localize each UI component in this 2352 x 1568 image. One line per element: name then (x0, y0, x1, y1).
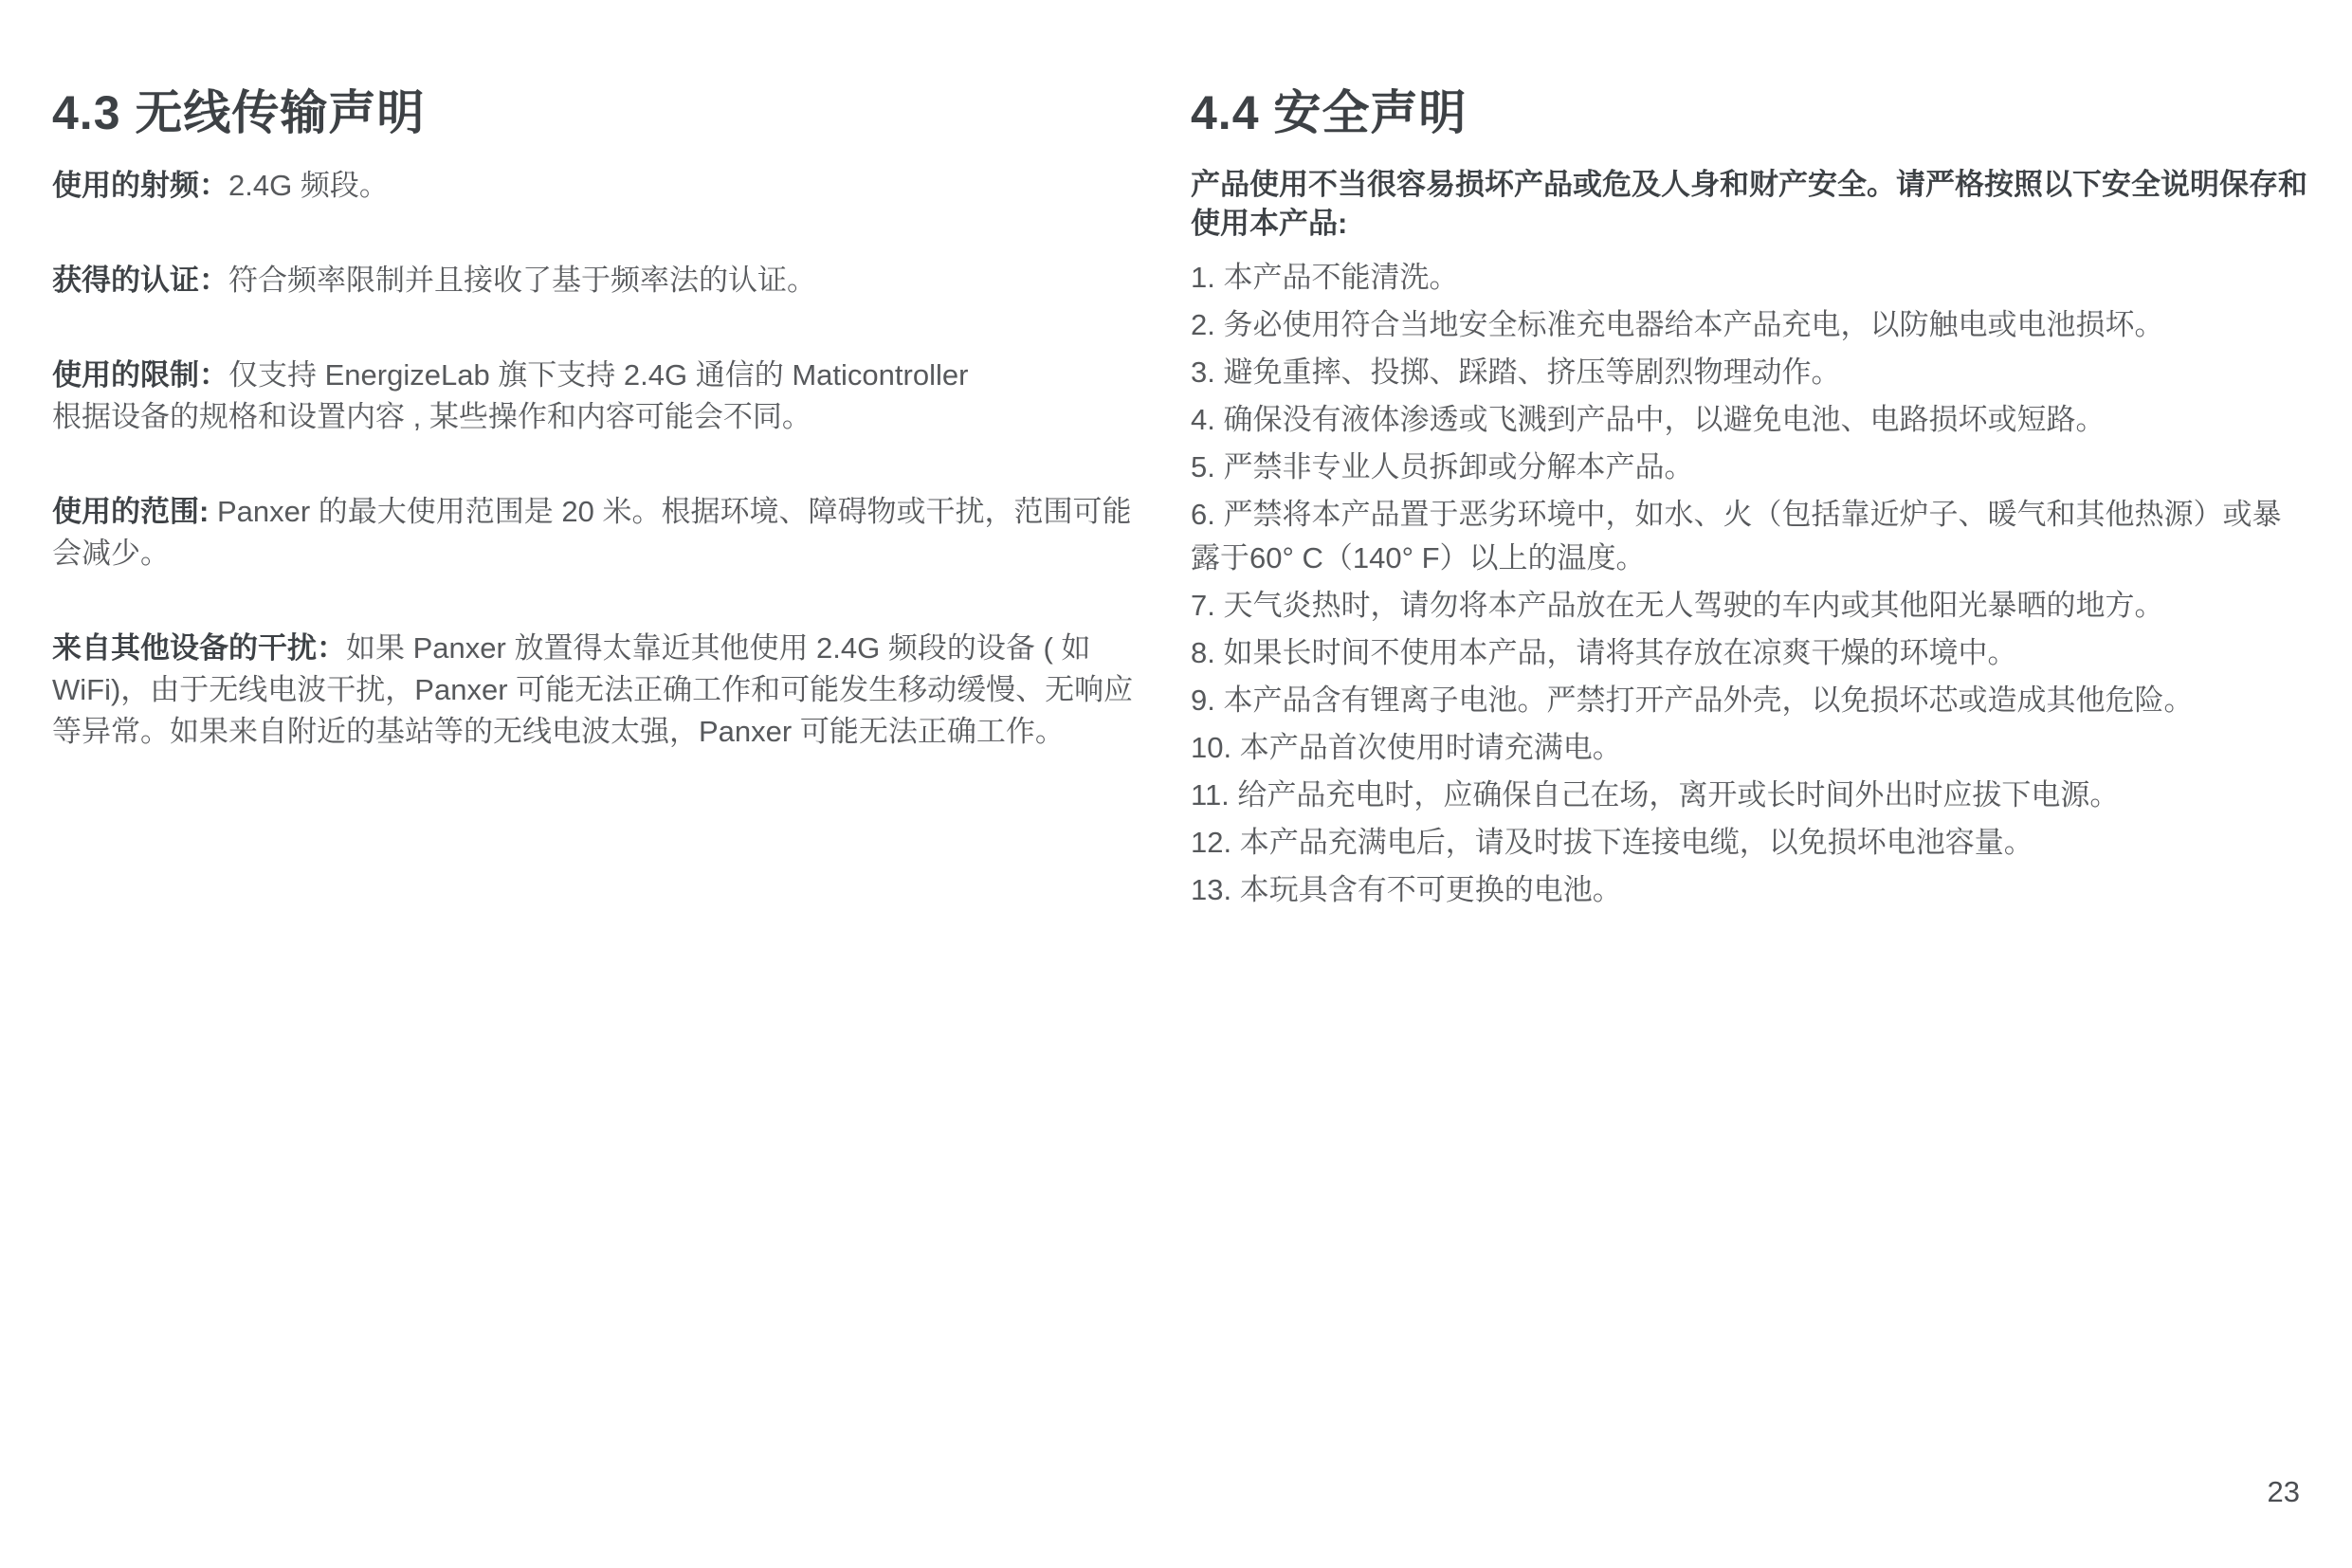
page-number: 23 (2268, 1475, 2300, 1509)
paragraph-text-certification: 符合频率限制并且接收了基于频率法的认证。 (228, 264, 816, 297)
paragraph-label-interference: 来自其他设备的干扰： (52, 631, 346, 665)
safety-item-6: 6. 严禁将本产品置于恶劣环境中，如水、火（包括靠近炉子、暖气和其他热源）或暴露… (1191, 493, 2309, 580)
safety-item-4: 4. 确保没有液体渗透或飞溅到产品中，以避免电池、电路损坏或短路。 (1191, 398, 2309, 442)
safety-item-12: 12. 本产品充满电后，请及时拔下连接电缆，以免损坏电池容量。 (1191, 821, 2309, 865)
manual-page: 4.3 无线传输声明 使用的射频：2.4G 频段。 获得的认证：符合频率限制并且… (0, 0, 2352, 1568)
section-wireless-statement: 4.3 无线传输声明 使用的射频：2.4G 频段。 获得的认证：符合频率限制并且… (52, 83, 1142, 806)
safety-item-5: 5. 严禁非专业人员拆卸或分解本产品。 (1191, 446, 2309, 489)
paragraph-usage-range: 使用的范围: Panxer 的最大使用范围是 20 米。根据环境、障碍物或干扰，… (52, 491, 1142, 574)
paragraph-certification: 获得的认证：符合频率限制并且接收了基于频率法的认证。 (52, 260, 1142, 301)
paragraph-interference: 来自其他设备的干扰：如果 Panxer 放置得太靠近其他使用 2.4G 频段的设… (52, 628, 1142, 753)
paragraph-text-usage-restriction-line1: 仅支持 EnergizeLab 旗下支持 2.4G 通信的 Maticontro… (228, 358, 968, 392)
section-heading-4-4: 4.4 安全声明 (1191, 83, 2309, 142)
safety-item-9: 9. 本产品含有锂离子电池。严禁打开产品外壳，以免损坏芯或造成其他危险。 (1191, 679, 2309, 722)
paragraph-label-usage-range: 使用的范围: (52, 495, 209, 528)
safety-item-8: 8. 如果长时间不使用本产品，请将其存放在凉爽干燥的环境中。 (1191, 631, 2309, 675)
safety-list: 1. 本产品不能清洗。 2. 务必使用符合当地安全标准充电器给本产品充电，以防触… (1191, 256, 2309, 912)
safety-item-7: 7. 天气炎热时，请勿将本产品放在无人驾驶的车内或其他阳光暴晒的地方。 (1191, 584, 2309, 628)
safety-intro: 产品使用不当很容易损坏产品或危及人身和财产安全。请严格按照以下安全说明保存和使用… (1191, 165, 2309, 243)
section-safety-statement: 4.4 安全声明 产品使用不当很容易损坏产品或危及人身和财产安全。请严格按照以下… (1191, 83, 2309, 916)
paragraph-label-radio-frequency: 使用的射频： (52, 169, 228, 202)
safety-item-2: 2. 务必使用符合当地安全标准充电器给本产品充电，以防触电或电池损坏。 (1191, 303, 2309, 347)
safety-item-1: 1. 本产品不能清洗。 (1191, 256, 2309, 300)
paragraph-radio-frequency: 使用的射频：2.4G 频段。 (52, 165, 1142, 207)
safety-item-11: 11. 给产品充电时，应确保自己在场，离开或长时间外出时应拔下电源。 (1191, 774, 2309, 817)
paragraph-text-usage-range: Panxer 的最大使用范围是 20 米。根据环境、障碍物或干扰，范围可能会减少… (52, 495, 1131, 570)
paragraph-label-certification: 获得的认证： (52, 264, 228, 297)
section-heading-4-3: 4.3 无线传输声明 (52, 83, 1142, 142)
safety-item-13: 13. 本玩具含有不可更换的电池。 (1191, 868, 2309, 912)
paragraph-text-usage-restriction-line2: 根据设备的规格和设置内容 , 某些操作和内容可能会不同。 (52, 400, 811, 433)
safety-item-3: 3. 避免重摔、投掷、踩踏、挤压等剧烈物理动作。 (1191, 351, 2309, 394)
safety-item-10: 10. 本产品首次使用时请充满电。 (1191, 726, 2309, 770)
paragraph-label-usage-restriction: 使用的限制： (52, 358, 228, 392)
paragraph-usage-restriction: 使用的限制：仅支持 EnergizeLab 旗下支持 2.4G 通信的 Mati… (52, 355, 1142, 438)
paragraph-text-radio-frequency: 2.4G 频段。 (228, 169, 389, 202)
